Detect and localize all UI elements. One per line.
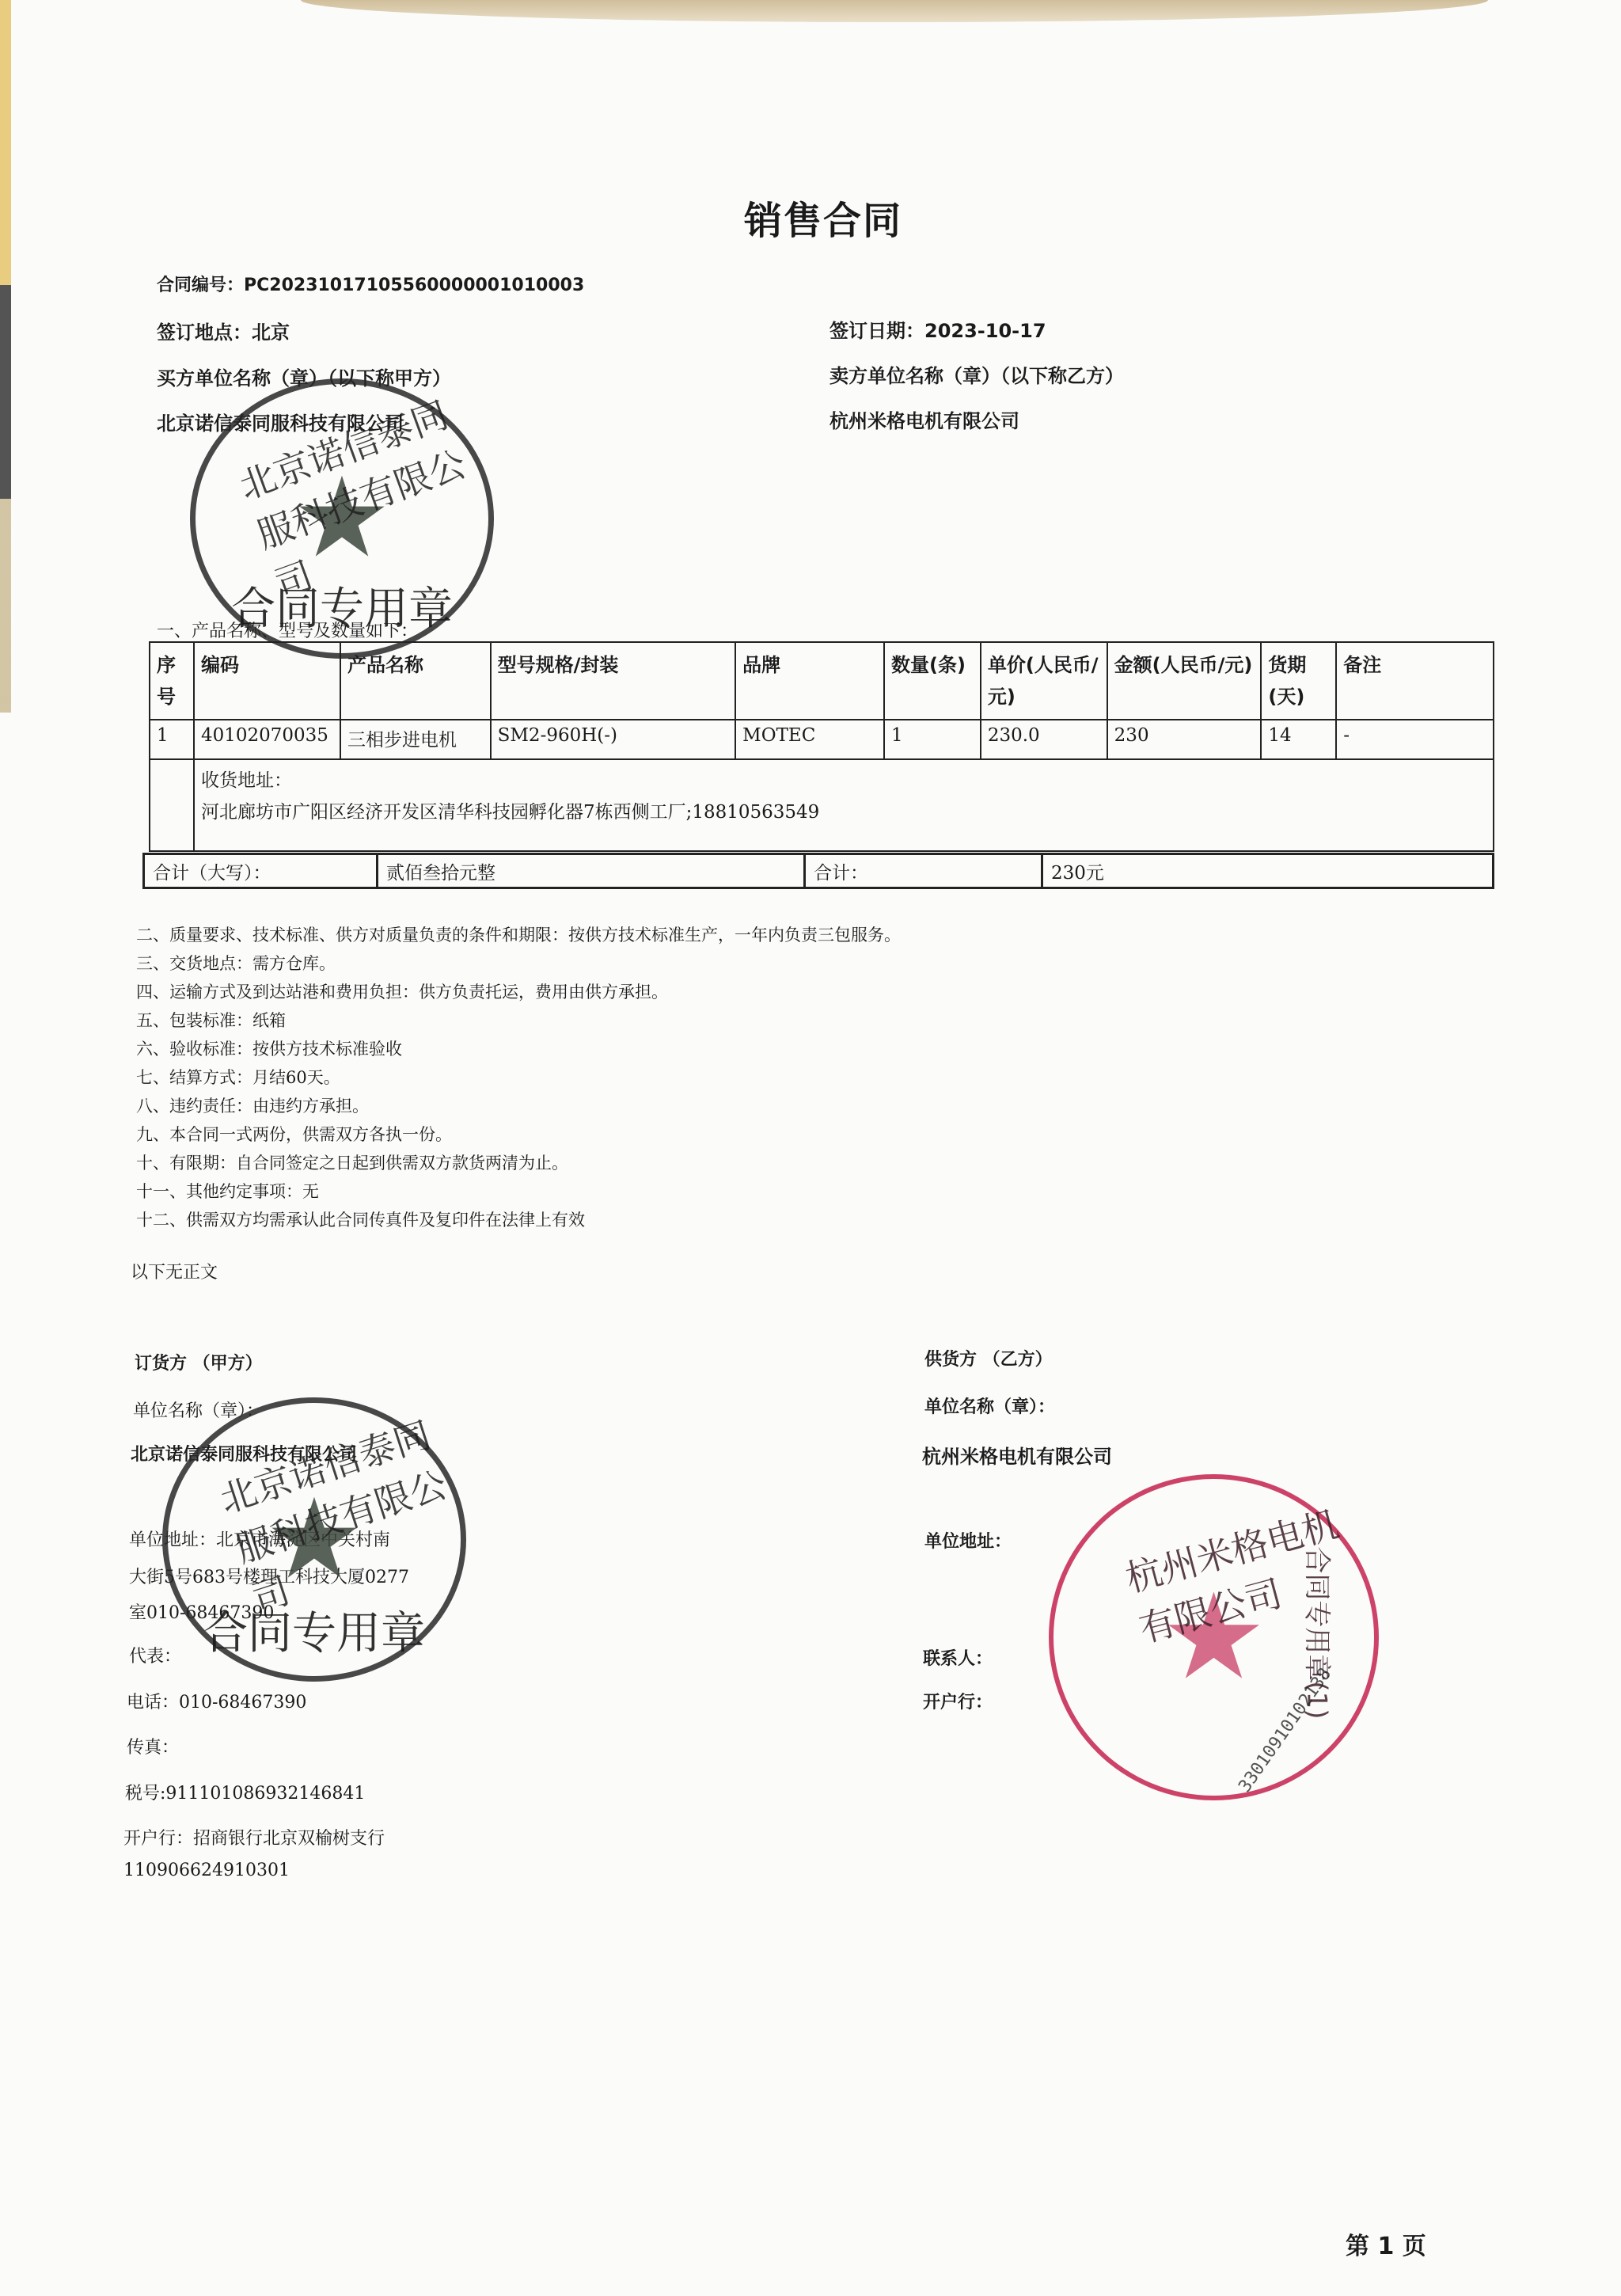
buyer-fax: 传真： — [127, 1734, 179, 1758]
buyer-bank: 开户行：招商银行北京双榆树支行 — [123, 1825, 385, 1849]
address-spacer — [150, 759, 194, 851]
seller-name-label: 单位名称（章）： — [924, 1393, 1055, 1418]
seal-label: 合同专用章 — [203, 1598, 425, 1662]
page-number: 第 1 页 — [1346, 2226, 1426, 2261]
table-header-row: 序号 编码 产品名称 型号规格/封装 品牌 数量(条) 单价(人民币/元) 金额… — [150, 642, 1494, 720]
cell-index: 1 — [150, 720, 194, 759]
seller-address: 单位地址： — [924, 1528, 1012, 1553]
header-cell: 货期(天) — [1261, 642, 1336, 720]
cell-remark: - — [1336, 720, 1494, 759]
term-item: 二、质量要求、技术标准、供方对质量负责的条件和期限：按供方技术标准生产，一年内负… — [136, 921, 901, 949]
header-cell: 序号 — [150, 642, 194, 720]
cell-quantity: 1 — [884, 720, 981, 759]
product-table: 序号 编码 产品名称 型号规格/封装 品牌 数量(条) 单价(人民币/元) 金额… — [149, 641, 1494, 852]
buyer-account: 110906624910301 — [123, 1861, 290, 1880]
address-value: 河北廊坊市广阳区经济开发区清华科技园孵化器7栋西侧工厂;18810563549 — [201, 796, 1486, 828]
contract-number: 合同编号：PC20231017105560000001010003 — [157, 272, 584, 296]
header-cell: 数量(条) — [884, 642, 981, 720]
background-edge-left — [0, 0, 11, 713]
buyer-seal-bottom: ★ 北京诺信泰同服科技有限公司 合同专用章 — [162, 1397, 466, 1682]
cell-unit-price: 230.0 — [981, 720, 1107, 759]
buyer-heading: 订货方 （甲方） — [135, 1350, 263, 1374]
delivery-address: 收货地址： 河北廊坊市广阳区经济开发区清华科技园孵化器7栋西侧工厂;188105… — [194, 759, 1494, 851]
cell-brand: MOTEC — [735, 720, 884, 759]
term-item: 十一、其他约定事项：无 — [136, 1177, 901, 1206]
header-cell: 金额(人民币/元) — [1107, 642, 1262, 720]
term-item: 三、交货地点：需方仓库。 — [136, 949, 901, 978]
table-row: 1 40102070035 三相步进电机 SM2-960H(-) MOTEC 1… — [150, 720, 1494, 759]
seller-seal: ★ 杭州米格电机有限公司 合同专用章(1) 3301091010213​8 — [1049, 1474, 1379, 1800]
seller-contact: 联系人： — [923, 1645, 993, 1670]
term-item: 十、有限期：自合同签定之日起到供需双方款货两清为止。 — [136, 1149, 901, 1177]
cell-product-name: 三相步进电机 — [340, 720, 491, 759]
address-label: 收货地址： — [201, 765, 1486, 796]
seller-name: 杭州米格电机有限公司 — [922, 1441, 1112, 1469]
total-row: 合计（大写）： 贰佰叁拾元整 合计： 230元 — [144, 854, 1494, 888]
header-cell: 备注 — [1336, 642, 1494, 720]
total-caps-label: 合计（大写）： — [144, 854, 378, 888]
cell-model: SM2-960H(-) — [491, 720, 736, 759]
document-title: 销售合同 — [744, 190, 902, 245]
header-cell: 品牌 — [735, 642, 884, 720]
total-table: 合计（大写）： 贰佰叁拾元整 合计： 230元 — [142, 853, 1494, 889]
buyer-rep: 代表： — [129, 1643, 181, 1667]
seller-label: 卖方单位名称（章）（以下称乙方） — [829, 360, 1124, 388]
total-value: 230元 — [1042, 854, 1494, 888]
header-cell: 单价(人民币/元) — [981, 642, 1107, 720]
cell-lead-time: 14 — [1261, 720, 1336, 759]
term-item: 七、结算方式：月结60天。 — [136, 1063, 901, 1092]
header-cell: 编码 — [194, 642, 340, 720]
total-caps-value: 贰佰叁拾元整 — [378, 854, 805, 888]
term-item: 八、违约责任：由违约方承担。 — [136, 1092, 901, 1120]
buyer-phone: 电话：010-68467390 — [127, 1689, 306, 1713]
address-row: 收货地址： 河北廊坊市广阳区经济开发区清华科技园孵化器7栋西侧工厂;188105… — [150, 759, 1494, 851]
total-label: 合计： — [805, 854, 1042, 888]
seller-name: 杭州米格电机有限公司 — [829, 405, 1019, 433]
buyer-tax-id: 税号:91110108693214684​1 — [125, 1780, 365, 1804]
cell-code: 40102070035 — [194, 720, 340, 759]
buyer-seal-top: ★ 北京诺信泰同服科技有限公司 合同专用章 — [190, 378, 494, 659]
term-item: 六、验收标准：按供方技术标准验收 — [136, 1035, 901, 1063]
seller-bank: 开户行： — [923, 1689, 993, 1713]
sign-place: 签订地点：北京 — [157, 317, 290, 344]
sign-date: 签订日期：2023-10-17 — [829, 315, 1046, 343]
contract-terms: 二、质量要求、技术标准、供方对质量负责的条件和期限：按供方技术标准生产，一年内负… — [136, 921, 901, 1234]
term-item: 十二、供需双方均需承认此合同传真件及复印件在法律上有效 — [136, 1206, 901, 1234]
end-note: 以下无正文 — [131, 1259, 218, 1283]
cell-amount: 230 — [1107, 720, 1262, 759]
seller-heading: 供货方 （乙方） — [924, 1346, 1053, 1370]
seal-ring-text: 北京诺信泰同服科技有限公司 — [213, 1403, 480, 1623]
background-edge-top — [301, 0, 1488, 22]
term-item: 四、运输方式及到达站港和费用负担：供方负责托运，费用由供方承担。 — [136, 978, 901, 1006]
seal-label: 合同专用章 — [231, 574, 453, 637]
header-cell: 型号规格/封装 — [491, 642, 736, 720]
header-cell: 产品名称 — [340, 642, 491, 720]
term-item: 五、包装标准：纸箱 — [136, 1006, 901, 1035]
term-item: 九、本合同一式两份，供需双方各执一份。 — [136, 1120, 901, 1149]
